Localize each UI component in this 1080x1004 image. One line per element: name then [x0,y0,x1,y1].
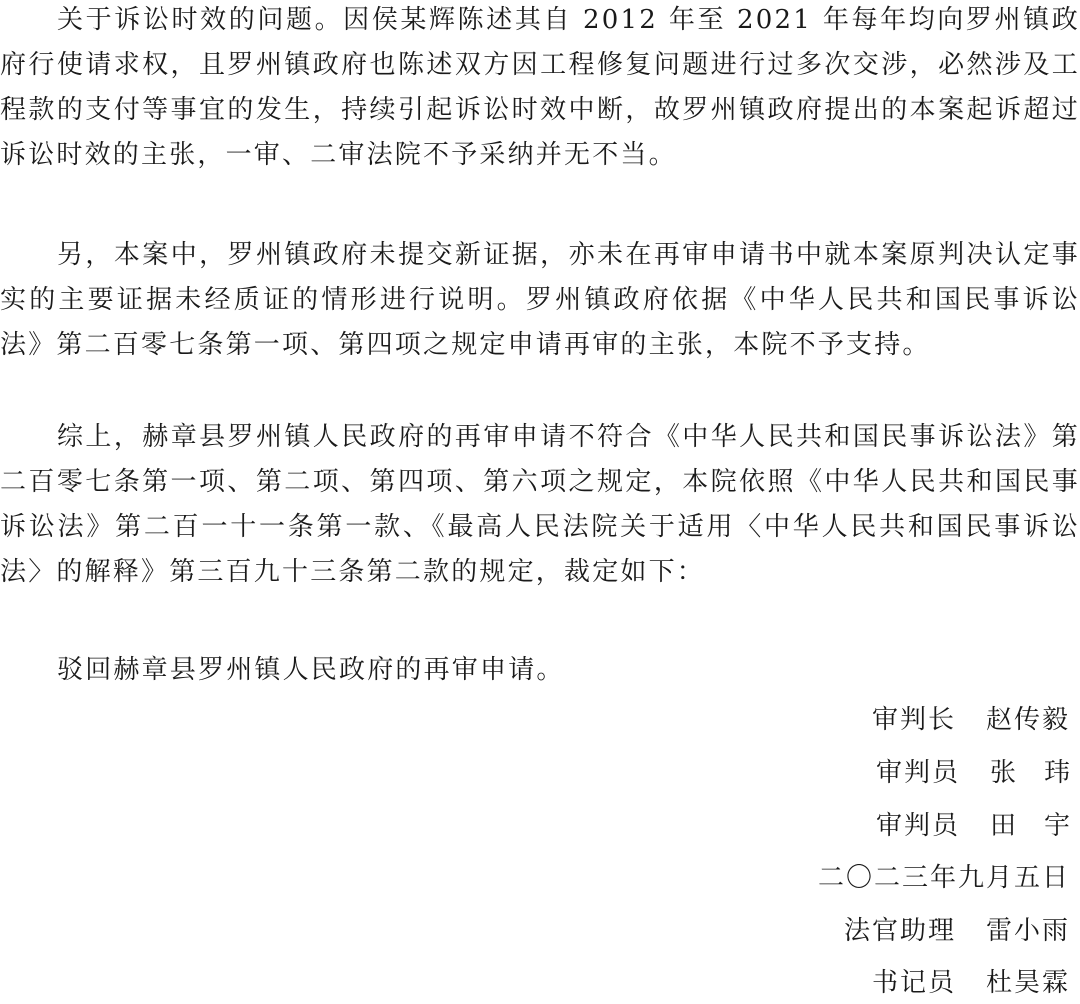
signature-role: 审判长 [872,704,956,736]
signature-clerk: 书记员 杜昊霖 [670,967,1070,999]
signature-judge-assistant: 法官助理 雷小雨 [670,915,1070,947]
signature-judge-2: 审判员 田宇 [670,810,1070,842]
judgment-date: 二〇二三年九月五日 [670,862,1070,894]
signature-name: 田宇 [990,810,1080,842]
paragraph-conclusion: 综上，赫章县罗州镇人民政府的再审申请不符合《中华人民共和国民事诉讼法》第二百零七… [0,415,1080,595]
signature-name: 雷小雨 [986,915,1070,947]
signature-role: 法官助理 [844,915,956,947]
date-text: 二〇二三年九月五日 [818,862,1070,894]
signature-judge-1: 审判员 张玮 [670,757,1070,789]
signature-role: 审判员 [876,810,960,842]
signature-presiding-judge: 审判长 赵传毅 [670,704,1070,736]
paragraph-ruling: 驳回赫章县罗州镇人民政府的再审申请。 [0,648,1080,693]
paragraph-new-evidence: 另，本案中，罗州镇政府未提交新证据，亦未在再审申请书中就本案原判决认定事实的主要… [0,233,1080,368]
signature-role: 审判员 [876,757,960,789]
signature-name: 张玮 [990,757,1080,789]
signature-name: 赵传毅 [986,704,1070,736]
paragraph-statute-of-limitations: 关于诉讼时效的问题。因侯某辉陈述其自 2012 年至 2021 年每年均向罗州镇… [0,0,1080,178]
signature-role: 书记员 [872,967,956,999]
signature-name: 杜昊霖 [986,967,1070,999]
